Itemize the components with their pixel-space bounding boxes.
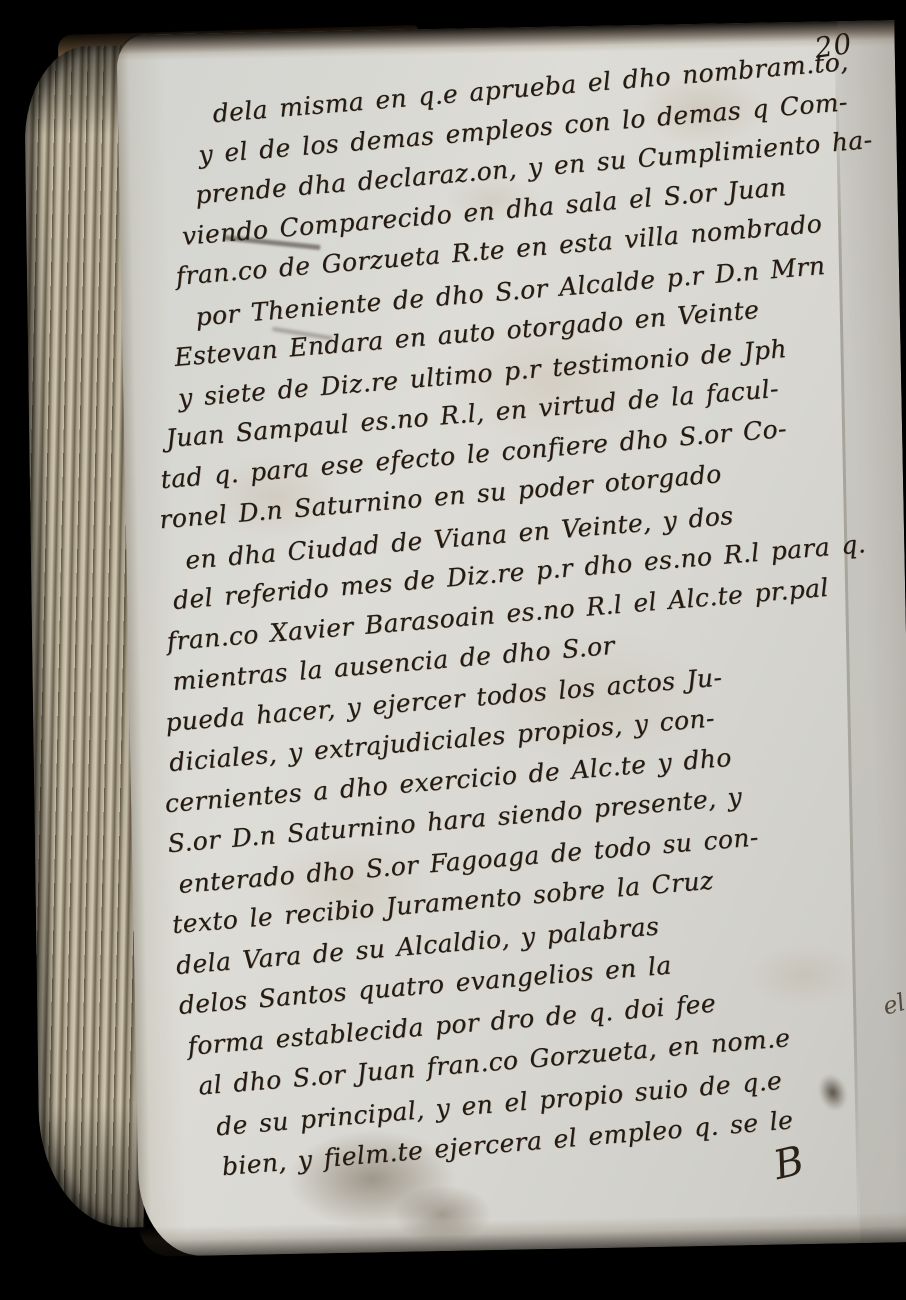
manuscript-page: 20 dela misma en q.e aprueba el dho nomb… xyxy=(116,20,906,1257)
manuscript-photo: 20 dela misma en q.e aprueba el dho nomb… xyxy=(0,0,906,1300)
signature-rubric: B xyxy=(769,1138,808,1189)
ink-blot xyxy=(813,1070,852,1115)
